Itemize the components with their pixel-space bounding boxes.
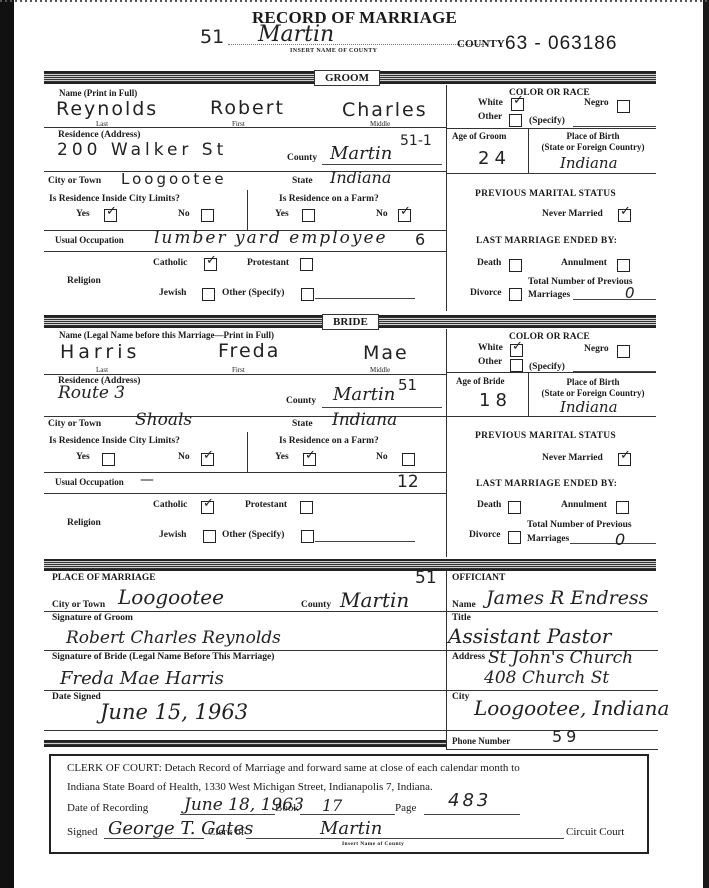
groom-occupation-label: Usual Occupation	[55, 235, 124, 245]
groom-signature[interactable]: Robert Charles Reynolds	[66, 628, 281, 648]
groom-specify-label: (Specify)	[529, 116, 565, 126]
clerk-instruction-line2: Indiana State Board of Health, 1330 West…	[67, 781, 433, 793]
groom-white-label: White	[478, 98, 503, 108]
page-number[interactable]: 483	[448, 790, 491, 811]
check-mark-icon: ✓	[305, 450, 316, 461]
groom-total-previous[interactable]: 0	[625, 284, 635, 302]
bride-city-limits-question: Is Residence Inside City Limits?	[49, 436, 180, 446]
groom-other-race-checkbox[interactable]	[509, 114, 522, 127]
groom-last-marriage-heading: LAST MARRIAGE ENDED BY:	[476, 236, 617, 246]
bride-signature-label: Signature of Bride (Legal Name Before Th…	[52, 652, 274, 662]
groom-religion-label: Religion	[67, 276, 101, 286]
caption-first: First	[232, 120, 245, 128]
book-number[interactable]: 17	[322, 796, 342, 815]
place-of-marriage-heading: PLACE OF MARRIAGE	[52, 573, 156, 583]
check-mark-icon: ✓	[620, 450, 631, 461]
check-mark-icon: ✓	[620, 206, 631, 217]
bride-residence[interactable]: Route 3	[58, 383, 125, 403]
rule	[528, 372, 529, 416]
bride-band: BRIDE	[44, 315, 656, 328]
bride-county-code: 51	[398, 376, 417, 394]
rule	[44, 611, 446, 612]
groom-last-name[interactable]: Reynolds	[56, 98, 158, 120]
officiant-address-line2[interactable]: 408 Church St	[484, 668, 609, 688]
bride-section-label: BRIDE	[322, 314, 379, 330]
bride-marital-status-heading: PREVIOUS MARITAL STATUS	[475, 431, 616, 441]
bride-farm-yes-label: Yes	[275, 452, 289, 462]
bride-catholic-label: Catholic	[153, 500, 187, 510]
bride-never-married-label: Never Married	[542, 453, 603, 463]
rule	[44, 690, 446, 691]
officiant-title[interactable]: Assistant Pastor	[448, 624, 611, 648]
groom-city-limits-question: Is Residence Inside City Limits?	[49, 194, 180, 204]
bride-specify-label: (Specify)	[529, 362, 565, 372]
bride-age-label: Age of Bride	[456, 376, 505, 386]
rule	[44, 374, 446, 375]
bride-name-label: Name (Legal Name before this Marriage—Pr…	[59, 330, 274, 340]
underline	[424, 814, 520, 815]
rule	[446, 611, 658, 612]
bride-county-label: County	[286, 396, 316, 406]
signed-label: Signed	[67, 826, 98, 838]
bride-city-limits-no-label: No	[178, 452, 190, 462]
groom-county[interactable]: Martin	[330, 143, 392, 164]
rule	[44, 251, 446, 252]
groom-city-limits-yes-label: Yes	[76, 209, 90, 219]
bride-last-name[interactable]: Harris	[60, 341, 140, 363]
groom-farm-no-label: No	[376, 209, 388, 219]
marriage-divider	[446, 571, 447, 749]
bride-other-race-label: Other	[478, 357, 502, 367]
bride-jewish-label: Jewish	[159, 530, 186, 540]
bride-last-marriage-heading: LAST MARRIAGE ENDED BY:	[476, 479, 617, 489]
groom-state[interactable]: Indiana	[330, 168, 391, 187]
date-signed-label: Date Signed	[52, 692, 101, 702]
bride-divorce-checkbox[interactable]	[508, 531, 521, 544]
bride-religion-label: Religion	[67, 518, 101, 528]
groom-farm-yes-label: Yes	[275, 209, 289, 219]
officiant-name[interactable]: James R Endress	[486, 587, 648, 609]
bride-county[interactable]: Martin	[333, 384, 395, 405]
groom-marital-status-heading: PREVIOUS MARITAL STATUS	[475, 189, 616, 199]
perforation-line	[0, 0, 709, 2]
groom-negro-label: Negro	[584, 98, 609, 108]
bride-divider	[446, 329, 447, 557]
underline	[322, 407, 442, 408]
bride-other-race-checkbox[interactable]	[510, 359, 523, 372]
caption-middle: Middle	[370, 366, 390, 374]
rule	[446, 372, 656, 373]
bride-birthplace[interactable]: Indiana	[560, 398, 618, 416]
bride-total-previous-label: Total Number of Previous	[527, 520, 632, 530]
book-label: Book	[275, 802, 299, 814]
clerk-of-label: Clerk of	[208, 826, 244, 838]
groom-farm-question: Is Residence on a Farm?	[279, 194, 379, 204]
groom-state-label: State	[292, 176, 313, 186]
bride-death-checkbox[interactable]	[508, 501, 521, 514]
date-signed[interactable]: June 15, 1963	[100, 700, 248, 724]
caption-first: First	[232, 366, 245, 374]
groom-band: GROOM	[44, 71, 656, 84]
caption-middle: Middle	[370, 120, 390, 128]
bride-negro-checkbox[interactable]	[617, 345, 630, 358]
bride-jewish-checkbox[interactable]	[203, 530, 216, 543]
groom-county-code: 51-1	[400, 133, 432, 149]
bride-first-name[interactable]: Freda	[218, 340, 280, 362]
groom-other-religion-checkbox[interactable]	[301, 288, 314, 301]
underline	[573, 371, 656, 372]
groom-occupation-code: 6	[415, 230, 425, 249]
rule	[446, 173, 656, 174]
bride-protestant-label: Protestant	[245, 500, 287, 510]
groom-city[interactable]: Loogootee	[121, 170, 227, 188]
groom-annulment-label: Annulment	[561, 258, 607, 268]
groom-death-label: Death	[477, 258, 501, 268]
bride-state[interactable]: Indiana	[332, 410, 397, 430]
underline	[570, 543, 656, 544]
rule	[247, 432, 248, 472]
marriage-county-code: 51	[415, 568, 437, 588]
groom-death-checkbox[interactable]	[509, 259, 522, 272]
check-mark-icon: ✓	[206, 255, 217, 266]
bride-occupation-label: Usual Occupation	[55, 477, 124, 487]
caption-last: Last	[96, 366, 108, 374]
groom-never-married-label: Never Married	[542, 209, 603, 219]
groom-divider	[446, 85, 447, 311]
officiant-name-label: Name	[452, 600, 476, 610]
clerk-county[interactable]: Martin	[320, 818, 382, 839]
groom-jewish-label: Jewish	[159, 288, 186, 298]
bride-birthplace-label: Place of Birth	[530, 377, 656, 387]
bride-total-previous[interactable]: 0	[615, 530, 625, 549]
scan-border-right	[703, 0, 709, 888]
check-mark-icon: ✓	[203, 450, 214, 461]
scan-border-left	[0, 0, 14, 888]
rule	[44, 472, 446, 473]
underline	[315, 541, 415, 542]
groom-marriages-label: Marriages	[528, 290, 570, 300]
bride-other-religion-checkbox[interactable]	[301, 530, 314, 543]
bride-state-label: State	[292, 419, 313, 429]
caption-last: Last	[96, 120, 108, 128]
bride-protestant-checkbox[interactable]	[300, 501, 313, 514]
underline	[573, 299, 656, 300]
groom-other-religion-label: Other (Specify)	[222, 288, 284, 298]
bride-city[interactable]: Shoals	[135, 410, 192, 430]
check-mark-icon: ✓	[513, 95, 524, 106]
bride-white-label: White	[478, 343, 503, 353]
rule	[528, 128, 529, 173]
groom-county-label: County	[287, 153, 317, 163]
groom-age[interactable]: 24	[478, 148, 511, 169]
groom-city-limits-no-checkbox[interactable]	[201, 209, 214, 222]
bride-city-label: City or Town	[48, 419, 101, 429]
marriage-city-label: City or Town	[52, 600, 105, 610]
groom-occupation[interactable]: lumber yard employee	[154, 228, 388, 248]
groom-catholic-label: Catholic	[153, 258, 187, 268]
bride-marriages-label: Marriages	[527, 534, 569, 544]
rule	[446, 128, 656, 129]
groom-divorce-checkbox[interactable]	[509, 288, 522, 301]
underline	[573, 126, 656, 127]
groom-divorce-label: Divorce	[470, 288, 501, 298]
bride-annulment-checkbox[interactable]	[616, 501, 629, 514]
rule	[446, 749, 658, 750]
groom-total-previous-label: Total Number of Previous	[528, 277, 633, 287]
rule	[247, 190, 248, 230]
circuit-court-label: Circuit Court	[566, 826, 624, 838]
bride-farm-no-label: No	[376, 452, 388, 462]
county-caption: INSERT NAME OF COUNTY	[290, 48, 377, 54]
county-code-handwritten: 51	[200, 26, 224, 48]
page-label: Page	[395, 802, 416, 814]
groom-section-label: GROOM	[314, 70, 380, 86]
check-mark-icon: ✓	[400, 206, 411, 217]
marriage-county[interactable]: Martin	[340, 588, 409, 612]
rule	[44, 493, 446, 494]
underline	[246, 838, 564, 839]
groom-age-label: Age of Groom	[452, 131, 506, 141]
check-mark-icon: ✓	[512, 341, 523, 352]
clerk-instruction-line1: CLERK OF COURT: Detach Record of Marriag…	[67, 762, 520, 774]
bride-death-label: Death	[477, 500, 501, 510]
groom-city-label: City or Town	[48, 176, 101, 186]
groom-jewish-checkbox[interactable]	[202, 288, 215, 301]
bottom-band	[44, 740, 446, 747]
bride-city-limits-yes-label: Yes	[76, 452, 90, 462]
officiant-phone[interactable]: 59	[552, 727, 580, 746]
bride-city-limits-yes-checkbox[interactable]	[102, 453, 115, 466]
groom-residence-label: Residence (Address)	[58, 130, 140, 140]
underline	[300, 814, 395, 815]
underline	[315, 298, 415, 299]
bride-divorce-label: Divorce	[469, 530, 500, 540]
page-title: RECORD OF MARRIAGE	[0, 8, 709, 28]
bride-signature[interactable]: Freda Mae Harris	[60, 668, 224, 689]
recording-date-label: Date of Recording	[67, 802, 148, 814]
clerk-county-caption: Insert Name of County	[342, 841, 404, 847]
bride-age[interactable]: 18	[479, 390, 512, 411]
officiant-city-label: City	[452, 692, 469, 702]
groom-protestant-checkbox[interactable]	[300, 258, 313, 271]
check-mark-icon: ✓	[203, 498, 214, 509]
groom-city-limits-no-label: No	[178, 209, 190, 219]
marriage-city[interactable]: Loogootee	[118, 585, 224, 609]
groom-first-name[interactable]: Robert	[210, 97, 285, 119]
groom-annulment-checkbox[interactable]	[617, 259, 630, 272]
bride-other-religion-label: Other (Specify)	[222, 530, 284, 540]
groom-other-race-label: Other	[478, 112, 502, 122]
record-number: 63 - 063186	[505, 33, 617, 55]
bride-middle-name[interactable]: Mae	[363, 342, 409, 364]
county-label: COUNTY	[457, 38, 505, 50]
groom-middle-name[interactable]: Charles	[342, 99, 428, 121]
bride-birthplace-sublabel: (State or Foreign Country)	[530, 388, 656, 398]
groom-residence[interactable]: 200 Walker St	[57, 140, 227, 160]
officiant-address-label: Address	[452, 652, 485, 662]
rule	[44, 730, 446, 731]
officiant-phone-label: Phone Number	[452, 736, 510, 746]
rule	[446, 416, 656, 417]
rule	[44, 650, 446, 651]
marriage-county-label: County	[301, 600, 331, 610]
bride-farm-no-checkbox[interactable]	[402, 453, 415, 466]
groom-farm-yes-checkbox[interactable]	[302, 209, 315, 222]
bride-occupation-code: 12	[397, 472, 419, 492]
check-mark-icon: ✓	[106, 206, 117, 217]
groom-birthplace-sublabel: (State or Foreign Country)	[530, 142, 656, 152]
bride-annulment-label: Annulment	[561, 500, 607, 510]
officiant-heading: OFFICIANT	[452, 573, 505, 583]
groom-birthplace-label: Place of Birth	[530, 131, 656, 141]
bride-farm-question: Is Residence on a Farm?	[279, 436, 379, 446]
bride-occupation[interactable]: —	[140, 472, 154, 488]
marriage-band	[44, 559, 656, 571]
underline	[322, 164, 442, 165]
officiant-city[interactable]: Loogootee, Indiana	[474, 696, 669, 720]
groom-birthplace[interactable]: Indiana	[560, 154, 618, 172]
groom-protestant-label: Protestant	[247, 258, 289, 268]
groom-negro-checkbox[interactable]	[617, 100, 630, 113]
groom-name-label: Name (Print in Full)	[59, 88, 137, 98]
rule	[446, 690, 658, 691]
officiant-title-label: Title	[452, 613, 471, 623]
officiant-address-line1[interactable]: St John's Church	[488, 648, 633, 668]
county-line	[228, 44, 486, 45]
bride-negro-label: Negro	[584, 344, 609, 354]
groom-signature-label: Signature of Groom	[52, 613, 133, 623]
